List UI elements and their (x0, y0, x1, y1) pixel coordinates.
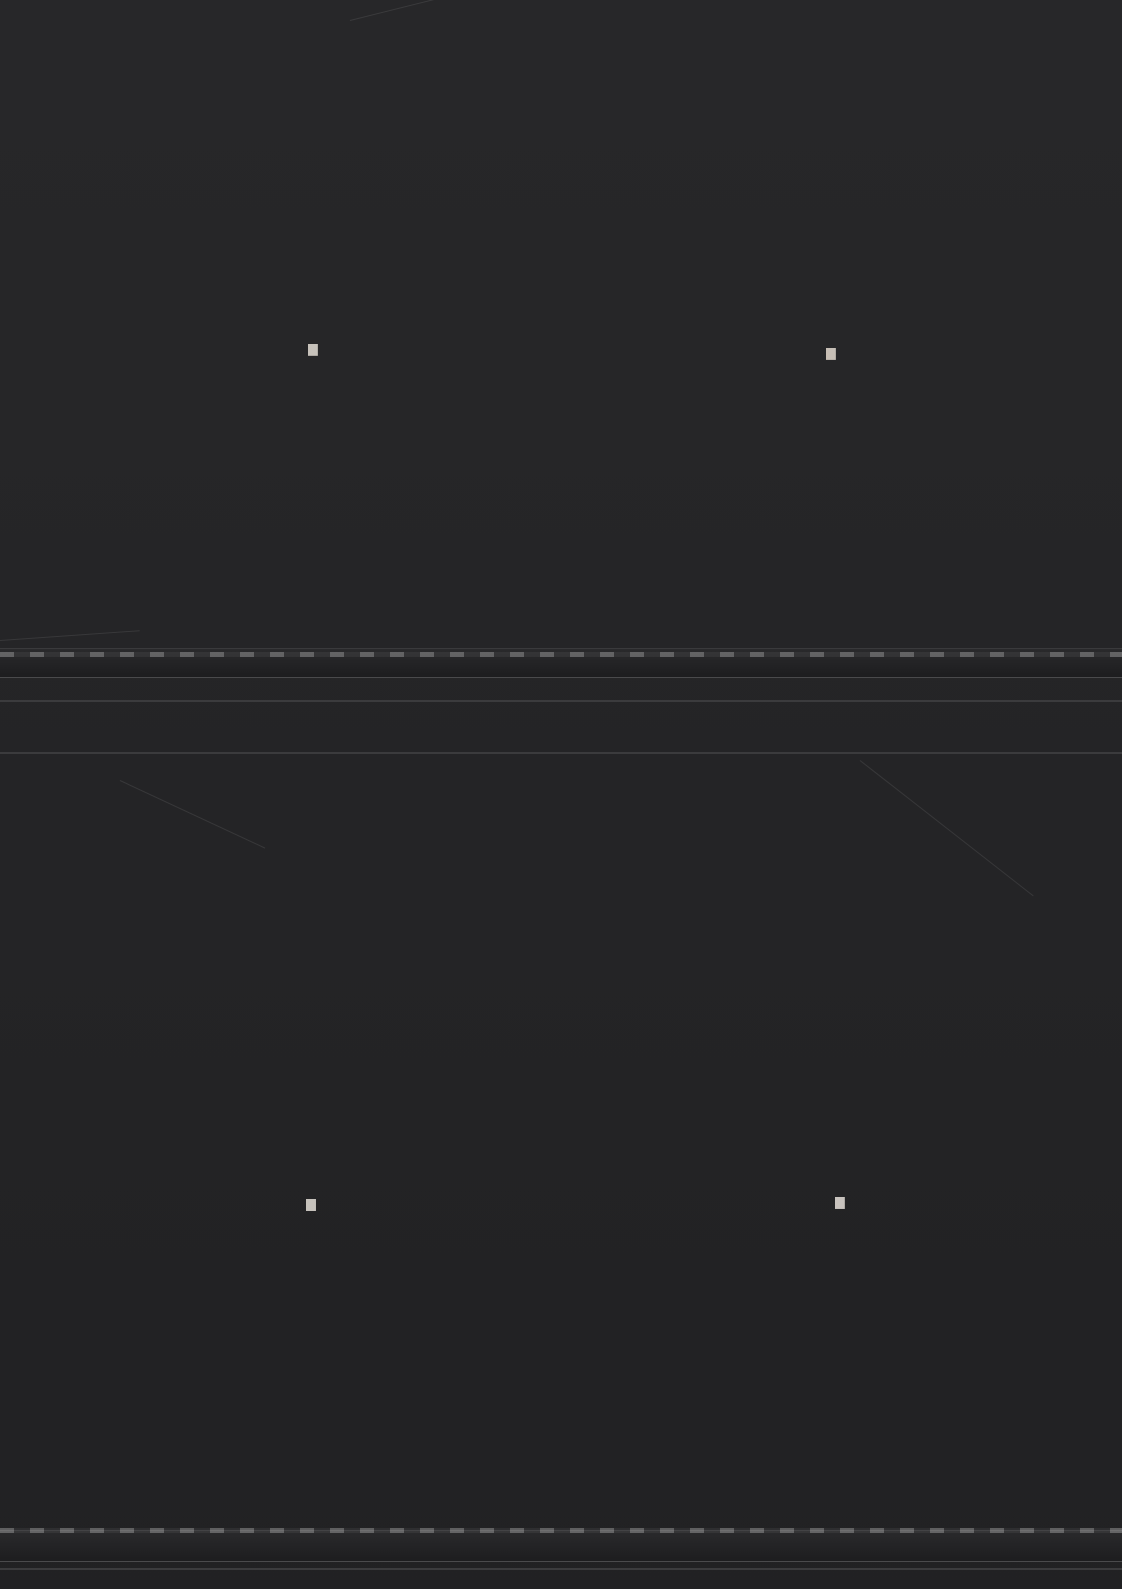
toning-spot (698, 328, 848, 388)
pencil-notation: 1.25 (708, 993, 863, 1070)
stamp-bottom-right: 1.25 (598, 905, 1082, 1501)
stock-page: 1.25 (0, 0, 1122, 1589)
page-scratch (860, 760, 1034, 896)
stamp-top-left (70, 58, 556, 642)
stamp-top-right (588, 58, 1074, 650)
paper-crease (110, 190, 330, 200)
cancellation-arc (127, 415, 517, 805)
strip-edge-line (0, 1568, 1122, 1570)
strip-edge-line (0, 752, 1122, 754)
hinge-remnant (662, 112, 996, 259)
toning-spot (252, 1115, 322, 1139)
strip-edge-line (0, 700, 1122, 702)
page-scratch (350, 0, 525, 21)
toning-spot (768, 308, 808, 338)
stain (312, 1105, 412, 1183)
strip-edge-glint (0, 652, 1122, 657)
toning-spot (888, 508, 958, 536)
strip-edge-glint (0, 1528, 1122, 1533)
stamp-bottom-left (62, 905, 560, 1505)
page-scratch (120, 780, 265, 849)
mounting-strip-bottom (0, 1530, 1122, 1562)
